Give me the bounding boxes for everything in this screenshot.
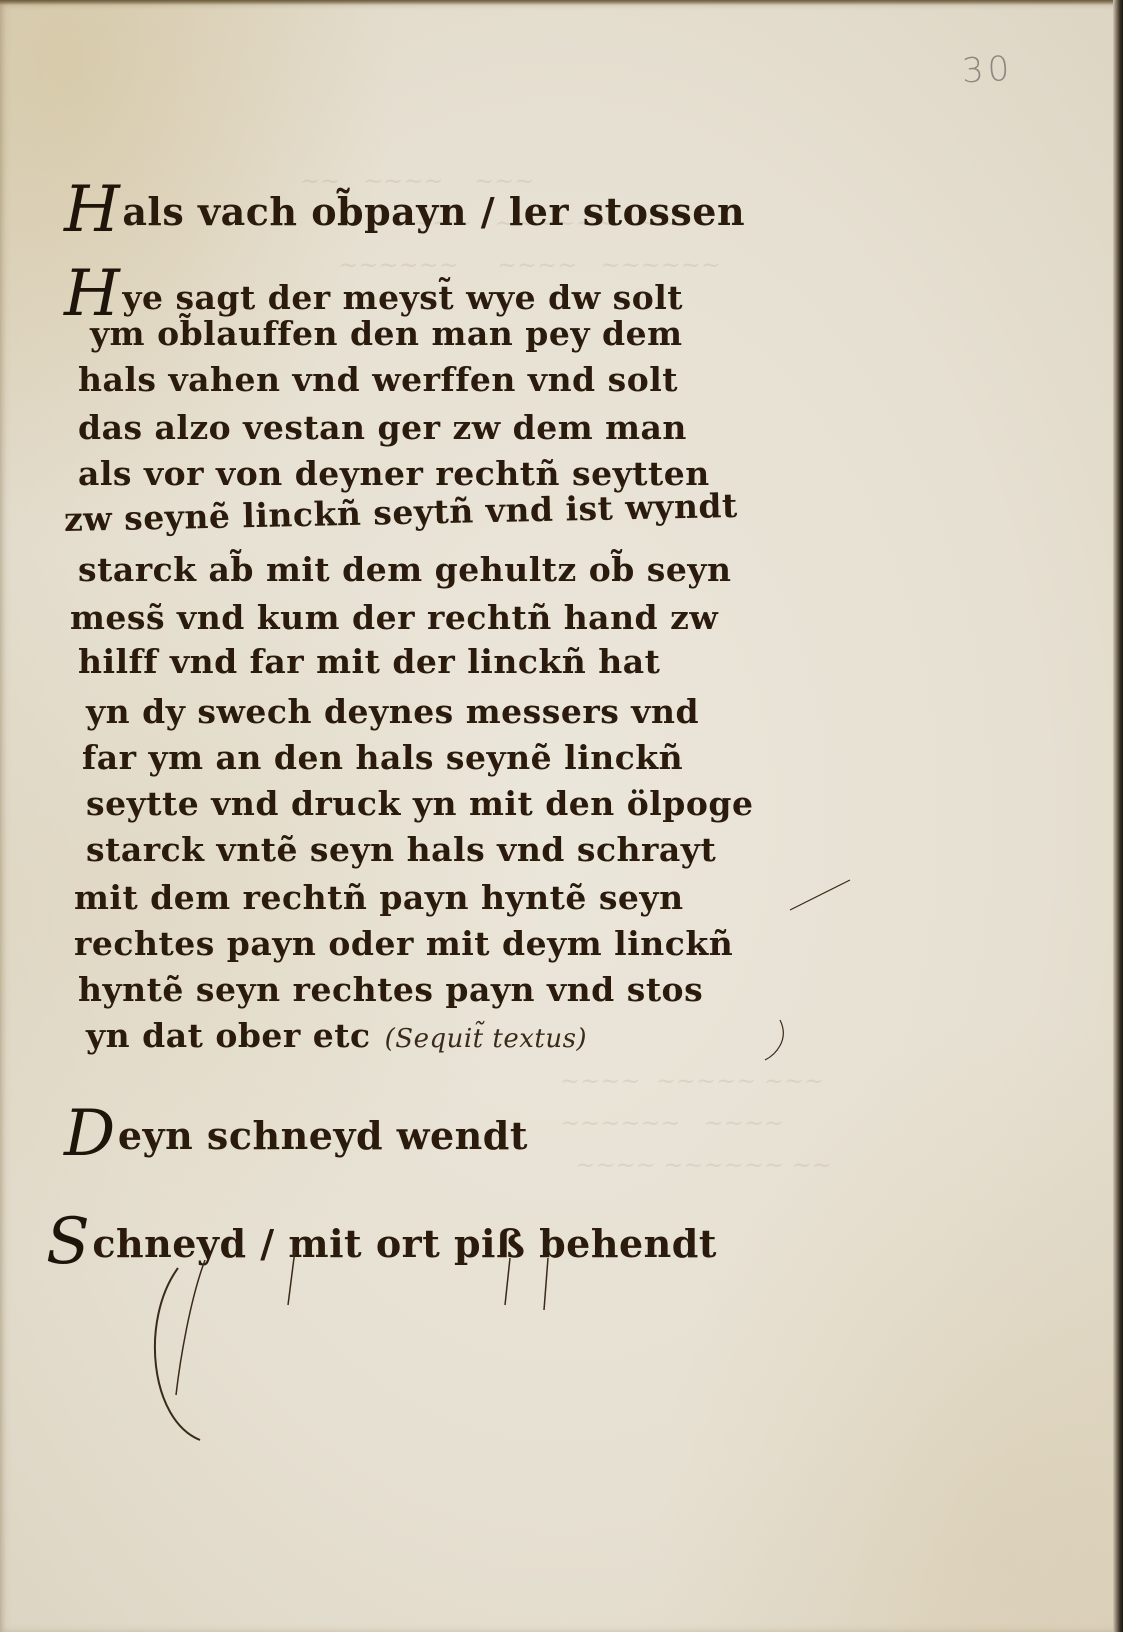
section-heading-1: Hals vach ob̃payn / ler stossen: [64, 178, 745, 242]
text-line-8: mess̃ vnd kum der rechtñ hand zw: [70, 598, 718, 637]
initial-letter: S: [46, 1205, 90, 1279]
text-line-7: starck ab̃ mit dem gehultz ob̃ seyn: [78, 550, 732, 589]
text-line-13: starck vntẽ seyn hals vnd schrayt: [86, 830, 716, 869]
heading-text: chneyd / mit ort piß behendt: [92, 1221, 717, 1266]
initial-letter: H: [64, 173, 120, 247]
heading-text: als vach ob̃payn / ler stossen: [122, 189, 745, 234]
heading-text: eyn schneyd wendt: [118, 1113, 528, 1158]
text-line-5: als vor von deyner rechtñ seytten: [78, 454, 710, 493]
line-text: ye sagt der meyst̃ wye dw solt: [122, 278, 683, 317]
text-line-11: far ym an den hals seynẽ linckñ: [82, 738, 683, 777]
line-text: yn dat ober etc: [86, 1016, 371, 1055]
folio-number: 30: [961, 49, 1014, 92]
text-line-16: hyntẽ seyn rechtes payn vnd stos: [78, 970, 703, 1009]
manuscript-page: ~~ ~~~~ ~~~ ~~~~ ~~~~~~ ~~ ~~~~~~ ~~~~ ~…: [0, 0, 1123, 1632]
text-line-17: yn dat ober etc(Sequit̃ textus): [86, 1016, 587, 1055]
text-line-14: mit dem rechtñ payn hyntẽ seyn: [74, 878, 684, 917]
text-line-12: seytte vnd druck yn mit den ölpoge: [86, 784, 753, 823]
bleed-through-text: ~~~~ ~~~~~ ~~~ ~~~~~~ ~~~~ ~~~~ ~~~~~~ ~…: [560, 1060, 832, 1186]
text-line-4: das alzo vestan ger zw dem man: [78, 408, 687, 447]
text-line-3: hals vahen vnd werffen vnd solt: [78, 360, 678, 399]
section-heading-3: Schneyd / mit ort piß behendt: [46, 1210, 717, 1274]
text-line-6: zw seynẽ linckñ seytñ vnd ist wyndt: [64, 486, 738, 539]
marginal-note: (Sequit̃ textus): [385, 1024, 587, 1054]
page-top-edge: [0, 0, 1123, 5]
text-line-9: hilff vnd far mit der linckñ hat: [78, 642, 660, 681]
initial-letter: D: [64, 1097, 116, 1171]
section-heading-2: Deyn schneyd wendt: [64, 1102, 528, 1166]
text-line-2: ym ob̃lauffen den man pey dem: [90, 314, 683, 353]
text-line-10: yn dy swech deynes messers vnd: [86, 692, 699, 731]
text-line-15: rechtes payn oder mit deym linckñ: [74, 924, 733, 963]
page-gutter-edge: [1113, 0, 1123, 1632]
